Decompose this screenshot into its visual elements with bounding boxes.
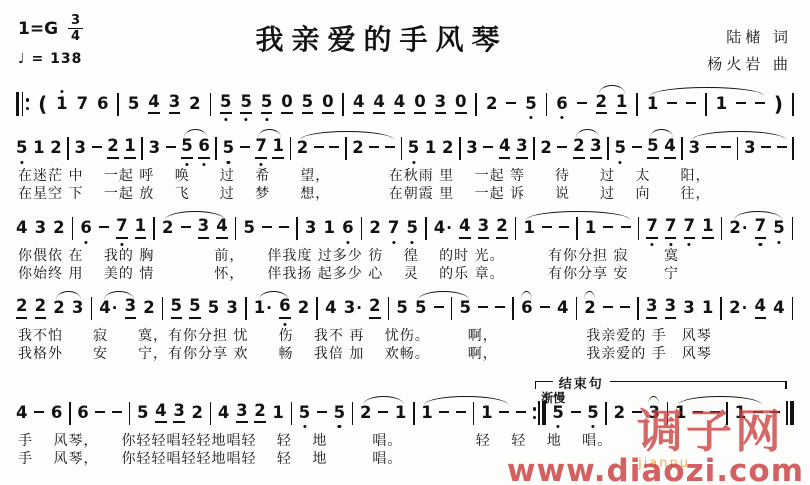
barline [792, 93, 794, 116]
note-token: 1 [421, 405, 432, 422]
note-token: 1 [702, 300, 713, 317]
barline [141, 137, 143, 160]
note-token: 5 [299, 405, 310, 422]
note-token: 5 [243, 220, 254, 237]
note-token: 1 [272, 138, 283, 159]
note-token: 1 [481, 405, 492, 422]
note-token: 2 [189, 96, 200, 113]
low-octave-dot [688, 243, 691, 246]
barline [72, 217, 74, 240]
note-token [456, 405, 466, 422]
note-token: 3 [74, 140, 85, 157]
note-token [478, 300, 488, 317]
note-token: 5 [171, 298, 182, 319]
note-token: 5 [208, 300, 219, 317]
phrase-paren: ) [774, 94, 783, 114]
music-line-verse2: 43267123453162754·4321177712·75 [14, 205, 796, 249]
barline [388, 297, 390, 320]
barline [792, 137, 794, 160]
note-token: 6 [198, 138, 209, 159]
note-token: 2 [297, 140, 308, 157]
note-token: 2 [442, 140, 453, 157]
note-token: 2 [369, 298, 380, 319]
note-token: 5 [261, 94, 272, 115]
note-token [369, 140, 379, 157]
note-token: 4 [148, 94, 159, 115]
note-token: 4 [755, 298, 766, 319]
barline [705, 93, 707, 116]
note-token: 1 [523, 220, 534, 237]
note-token: 7 [116, 218, 127, 239]
note-token: 5 [334, 405, 345, 422]
note-token: 6 [51, 405, 62, 422]
note-token [620, 300, 630, 317]
repeat-begin-barline [16, 92, 29, 116]
low-octave-dot [265, 118, 268, 121]
tie-arc [692, 131, 786, 140]
note-token [34, 405, 44, 422]
note-token: 4 [218, 405, 229, 422]
note-token [559, 220, 569, 237]
note-token: 5 [128, 96, 139, 113]
note-token: 4 [664, 138, 675, 159]
barline [681, 137, 683, 160]
note-token [317, 405, 327, 422]
note-token: 6 [556, 96, 567, 113]
note-token: 4 [557, 300, 568, 317]
note-token: 5 [552, 405, 563, 422]
note-token: 3 [169, 94, 180, 115]
note-token: 1 [56, 96, 67, 113]
note-token: 2 [352, 140, 363, 157]
note-token: 3 [646, 298, 657, 319]
high-octave-dot [60, 90, 63, 93]
note-token [542, 220, 552, 237]
note-token [92, 140, 102, 157]
song-title: 我亲爱的手风琴 [256, 18, 508, 58]
note-token [483, 140, 493, 157]
note-token: 4 [16, 220, 27, 237]
barline [546, 93, 548, 116]
note-token [112, 405, 122, 422]
barline [245, 297, 247, 320]
note-token: 5 [406, 220, 417, 237]
note-token [667, 96, 677, 113]
note-token: 2 [35, 298, 46, 319]
note-token: 5 [181, 138, 192, 159]
note-token: 5 [525, 96, 536, 113]
note-token: 5 [137, 405, 148, 422]
note-token: 0 [414, 94, 425, 115]
note-token: 3 [198, 218, 209, 239]
barline [792, 217, 794, 240]
note-token: 2 [16, 298, 27, 319]
music-line-chorus: 22234·3255531·6243·255564233312·44 [14, 285, 796, 329]
barline [117, 93, 119, 116]
composer-credit: 杨火岩 曲 [707, 51, 792, 78]
low-octave-dot [20, 161, 23, 164]
low-octave-dot [303, 425, 306, 428]
low-octave-dot [619, 161, 622, 164]
note-token: 5 [220, 94, 231, 115]
low-octave-dot [669, 243, 672, 246]
note-token: 3 [149, 140, 160, 157]
barline [401, 137, 403, 160]
barline [215, 137, 217, 160]
barline [637, 297, 639, 320]
note-token: 1 [647, 96, 658, 113]
note-token: 3 [478, 218, 489, 239]
barline [720, 297, 722, 320]
note-token [632, 140, 642, 157]
barline [473, 402, 475, 425]
note-token: 4 [499, 138, 510, 159]
note-token [540, 300, 550, 317]
note-token: 7 [388, 220, 399, 237]
note-token: 4 [459, 218, 470, 239]
note-token: 7 [684, 218, 695, 239]
barline [345, 137, 347, 160]
note-token: 7 [646, 218, 657, 239]
barline [290, 137, 292, 160]
note-token: 1 [425, 140, 436, 157]
note-token: 2 [254, 403, 265, 424]
barline [413, 402, 415, 425]
lyrics-row: 在星空 下 一起 放 飞 过 梦 想， 在朝霞 里 一起 诉 说 过 向 往， [14, 184, 796, 205]
note-token [557, 140, 567, 157]
note-token: 1 [702, 218, 713, 239]
note-token: 4 [155, 403, 166, 424]
note-token: 3 [466, 140, 477, 157]
barline [291, 402, 293, 425]
barline [210, 93, 212, 116]
low-octave-dot [557, 425, 560, 428]
note-token: 1 [395, 405, 406, 422]
low-octave-dot [651, 243, 654, 246]
note-token: 4· [434, 220, 452, 237]
note-token: 5 [240, 94, 251, 115]
note-token [240, 140, 250, 157]
barline [153, 217, 155, 240]
credits: 陆槠 词 杨火岩 曲 [707, 24, 792, 78]
note-token: 2 [584, 300, 595, 317]
note-token [166, 140, 176, 157]
note-token: 7 [255, 138, 266, 159]
barline [451, 297, 453, 320]
note-token: 2 [191, 405, 202, 422]
note-token: 2 [614, 405, 625, 422]
low-octave-dot [338, 425, 341, 428]
note-token: 2 [298, 300, 309, 317]
note-token: 2 [53, 300, 64, 317]
note-token: 5 [16, 140, 27, 157]
low-octave-dot [591, 425, 594, 428]
note-token: 3 [125, 298, 136, 319]
barline [352, 402, 354, 425]
key-signature: 1=G [18, 19, 58, 39]
watermark-site-url: www.diaozi.com [507, 453, 804, 485]
note-token [495, 300, 505, 317]
low-octave-dot [203, 163, 206, 166]
note-token: 6 [521, 300, 532, 317]
note-token [499, 405, 509, 422]
note-token: 3 [226, 300, 237, 317]
note-token [279, 220, 289, 237]
note-token: 2 [596, 94, 607, 115]
barline [361, 217, 363, 240]
note-token: 1 [716, 96, 727, 113]
barline [512, 297, 514, 320]
note-token [95, 405, 105, 422]
note-token: 2 [540, 140, 551, 157]
note-token: 1 [135, 218, 146, 239]
time-signature-numerator: 3 [68, 14, 83, 29]
phrase-paren: ( [38, 94, 47, 114]
header: 1=G 3 4 ♩ = 138 我亲爱的手风琴 陆槠 词 杨火岩 曲 [14, 14, 796, 80]
note-token [706, 140, 716, 157]
note-token: 4 [16, 405, 27, 422]
low-octave-dot [120, 243, 123, 246]
low-octave-dot [346, 241, 349, 244]
note-token [777, 140, 787, 157]
note-token [577, 96, 587, 113]
low-octave-dot [227, 161, 230, 164]
note-token: 5 [773, 220, 784, 237]
barline [235, 217, 237, 240]
note-token [761, 140, 771, 157]
barline [425, 217, 427, 240]
music-line-verse1: 5123213565712251234322355433 [14, 125, 796, 169]
note-token: 3 [305, 220, 316, 237]
note-token: 3 [72, 300, 83, 317]
barline [607, 137, 609, 160]
note-token: 6 [80, 220, 91, 237]
note-token [385, 140, 395, 157]
note-token: 4 [325, 300, 336, 317]
note-token: 2 [486, 96, 497, 113]
note-token: 4 [773, 300, 784, 317]
barline [459, 137, 461, 160]
note-token: 2· [729, 220, 747, 237]
barline [162, 297, 164, 320]
note-token: 4 [373, 94, 384, 115]
note-token: 5 [408, 140, 419, 157]
note-token: 1 [323, 220, 334, 237]
note-token [439, 405, 449, 422]
note-token: 0 [455, 94, 466, 115]
note-token: 5 [396, 300, 407, 317]
note-token: 2 [53, 220, 64, 237]
note-token: 4 [353, 94, 364, 115]
tie-arc [424, 396, 508, 405]
music-line-intro: (17654325550504440302562111) [14, 80, 796, 125]
note-token: 2 [573, 138, 584, 159]
note-token: 4 [216, 218, 227, 239]
note-token: 5 [614, 140, 625, 157]
note-token: 4 [394, 94, 405, 115]
note-token [686, 96, 696, 113]
barline [67, 137, 69, 160]
note-token: 1 [585, 220, 596, 237]
note-token: 3 [236, 403, 247, 424]
note-token: 5 [587, 405, 598, 422]
barline [737, 137, 739, 160]
note-token [181, 220, 191, 237]
note-token [603, 220, 613, 237]
note-token: 4· [99, 300, 117, 317]
note-token: 3 [689, 140, 700, 157]
note-token: 2· [729, 300, 747, 317]
note-token: 5 [302, 94, 313, 115]
note-token: 5 [223, 140, 234, 157]
lyricist-credit: 陆槠 词 [707, 24, 792, 51]
note-token: 2 [162, 220, 173, 237]
note-token: 3 [683, 300, 694, 317]
note-token: 5 [189, 298, 200, 319]
barline [475, 93, 477, 116]
note-token: 0 [322, 94, 333, 115]
time-signature-denominator: 4 [71, 29, 80, 43]
lyrics-row: 我格外 安 宁，有你分享 欢 畅 我倍 加 欢畅。 啊， 我亲爱的 手 风琴 [14, 344, 796, 365]
note-token: 2 [369, 220, 380, 237]
low-octave-dot [392, 241, 395, 244]
note-token [736, 96, 746, 113]
note-token: 2 [496, 218, 507, 239]
note-token [262, 220, 272, 237]
note-token [721, 140, 731, 157]
low-octave-dot [759, 243, 762, 246]
note-token: 5 [415, 300, 426, 317]
barline [342, 93, 344, 116]
barline [576, 217, 578, 240]
note-token: 2 [50, 140, 61, 157]
note-token: 6 [97, 96, 108, 113]
low-octave-dot [85, 241, 88, 244]
barline [316, 297, 318, 320]
note-token: 3 [665, 298, 676, 319]
note-token: 7 [665, 218, 676, 239]
note-token: 3· [344, 300, 362, 317]
lyrics-row: 你始终 用 美的 情 怀， 伴我扬 起多少 心 灵 的乐 章。 有你分享 安 宁 [14, 264, 796, 285]
barline [636, 93, 638, 116]
note-token [434, 300, 444, 317]
note-token: 2 [107, 138, 118, 159]
low-octave-dot [411, 241, 414, 244]
low-octave-dot [529, 116, 532, 119]
note-token: 1· [254, 300, 272, 317]
note-token [603, 300, 613, 317]
low-octave-dot [777, 241, 780, 244]
barline [210, 402, 212, 425]
low-octave-dot [560, 116, 563, 119]
note-token: 1 [124, 138, 135, 159]
note-token: 0 [281, 94, 292, 115]
barline [792, 297, 794, 320]
note-token: 6 [342, 220, 353, 237]
ending-bracket: 结束句 [535, 381, 787, 382]
note-token [516, 405, 526, 422]
barline [296, 217, 298, 240]
barline [576, 297, 578, 320]
barline [69, 402, 71, 425]
note-token: 1 [33, 140, 44, 157]
note-token: 3 [744, 140, 755, 157]
low-octave-dot [224, 118, 227, 121]
barline [721, 217, 723, 240]
note-token [755, 96, 765, 113]
barline [515, 217, 517, 240]
note-token: 5 [647, 138, 658, 159]
low-octave-dot [185, 163, 188, 166]
low-octave-dot [412, 161, 415, 164]
watermark-site-name: 调子网 [637, 395, 784, 461]
note-token: 7 [77, 96, 88, 113]
low-octave-dot [283, 323, 286, 326]
barline [129, 402, 131, 425]
note-token: 3 [435, 94, 446, 115]
note-token: 1 [616, 94, 627, 115]
low-octave-dot [245, 118, 248, 121]
rit-marking: 渐慢 [541, 389, 565, 406]
final-barline [786, 401, 793, 425]
low-octave-dot [260, 163, 263, 166]
note-token [314, 140, 324, 157]
note-token: 2 [360, 405, 371, 422]
note-token: 3 [173, 403, 184, 424]
note-token [506, 96, 516, 113]
note-token [621, 220, 631, 237]
barline [91, 297, 93, 320]
time-signature: 3 4 [68, 14, 83, 43]
note-token: 6 [279, 298, 290, 319]
barline [638, 217, 640, 240]
note-token: 5 [460, 300, 471, 317]
barline [533, 137, 535, 160]
note-token: 1 [272, 405, 283, 422]
note-token [329, 140, 339, 157]
note-token [99, 220, 109, 237]
note-token: 7 [755, 218, 766, 239]
note-token: 2 [143, 300, 154, 317]
barline [605, 402, 607, 425]
note-token [378, 405, 388, 422]
note-token: 6 [77, 405, 88, 422]
note-token [571, 405, 581, 422]
note-token: 3 [516, 138, 527, 159]
note-token: 3 [35, 220, 46, 237]
note-token: 3 [590, 138, 601, 159]
